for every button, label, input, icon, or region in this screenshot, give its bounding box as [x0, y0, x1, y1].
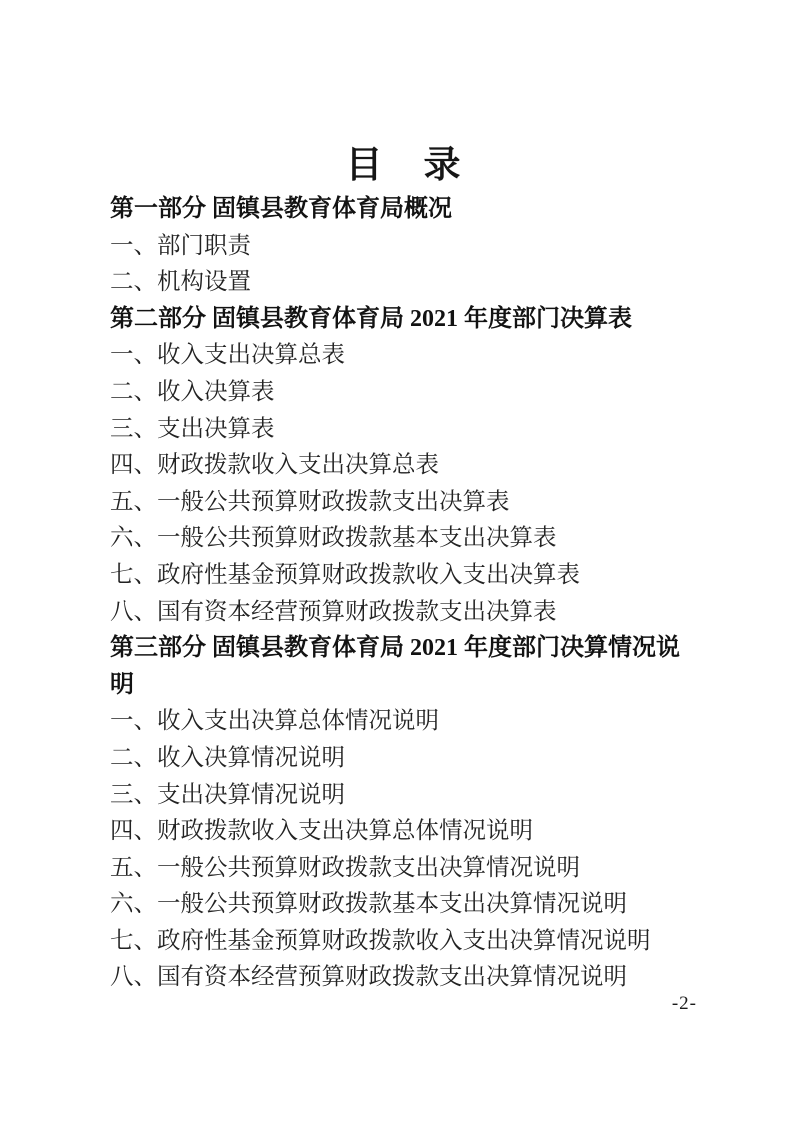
toc-item: 七、政府性基金预算财政拨款收入支出决算表: [110, 557, 698, 594]
toc-item: 一、收入支出决算总体情况说明: [110, 703, 698, 740]
toc-section-2: 第二部分 固镇县教育体育局 2021 年度部门决算表 一、收入支出决算总表 二、…: [110, 301, 698, 630]
toc-item: 一、收入支出决算总表: [110, 337, 698, 374]
page-number: -2-: [672, 993, 697, 1015]
toc-item: 三、支出决算表: [110, 411, 698, 448]
toc-item: 二、收入决算情况说明: [110, 740, 698, 777]
toc-item: 一、部门职责: [110, 228, 698, 265]
toc-item: 二、收入决算表: [110, 374, 698, 411]
toc-item: 八、国有资本经营预算财政拨款支出决算表: [110, 594, 698, 631]
section-2-heading: 第二部分 固镇县教育体育局 2021 年度部门决算表: [110, 301, 698, 338]
toc-item: 五、一般公共预算财政拨款支出决算表: [110, 484, 698, 521]
toc-section-3: 第三部分 固镇县教育体育局 2021 年度部门决算情况说明 一、收入支出决算总体…: [110, 630, 698, 996]
toc-item: 七、政府性基金预算财政拨款收入支出决算情况说明: [110, 923, 698, 960]
toc-item: 四、财政拨款收入支出决算总体情况说明: [110, 813, 698, 850]
document-page: 目 录 第一部分 固镇县教育体育局概况 一、部门职责 二、机构设置 第二部分 固…: [0, 0, 793, 1122]
toc-content: 目 录 第一部分 固镇县教育体育局概况 一、部门职责 二、机构设置 第二部分 固…: [110, 138, 698, 996]
toc-item: 三、支出决算情况说明: [110, 777, 698, 814]
section-1-heading: 第一部分 固镇县教育体育局概况: [110, 191, 698, 228]
toc-item: 六、一般公共预算财政拨款基本支出决算情况说明: [110, 886, 698, 923]
toc-item: 八、国有资本经营预算财政拨款支出决算情况说明: [110, 959, 698, 996]
section-3-heading: 第三部分 固镇县教育体育局 2021 年度部门决算情况说明: [110, 630, 698, 703]
toc-item: 四、财政拨款收入支出决算总表: [110, 447, 698, 484]
toc-section-1: 第一部分 固镇县教育体育局概况 一、部门职责 二、机构设置: [110, 191, 698, 301]
toc-item: 二、机构设置: [110, 264, 698, 301]
toc-item: 六、一般公共预算财政拨款基本支出决算表: [110, 520, 698, 557]
toc-item: 五、一般公共预算财政拨款支出决算情况说明: [110, 850, 698, 887]
page-title: 目 录: [110, 138, 698, 191]
